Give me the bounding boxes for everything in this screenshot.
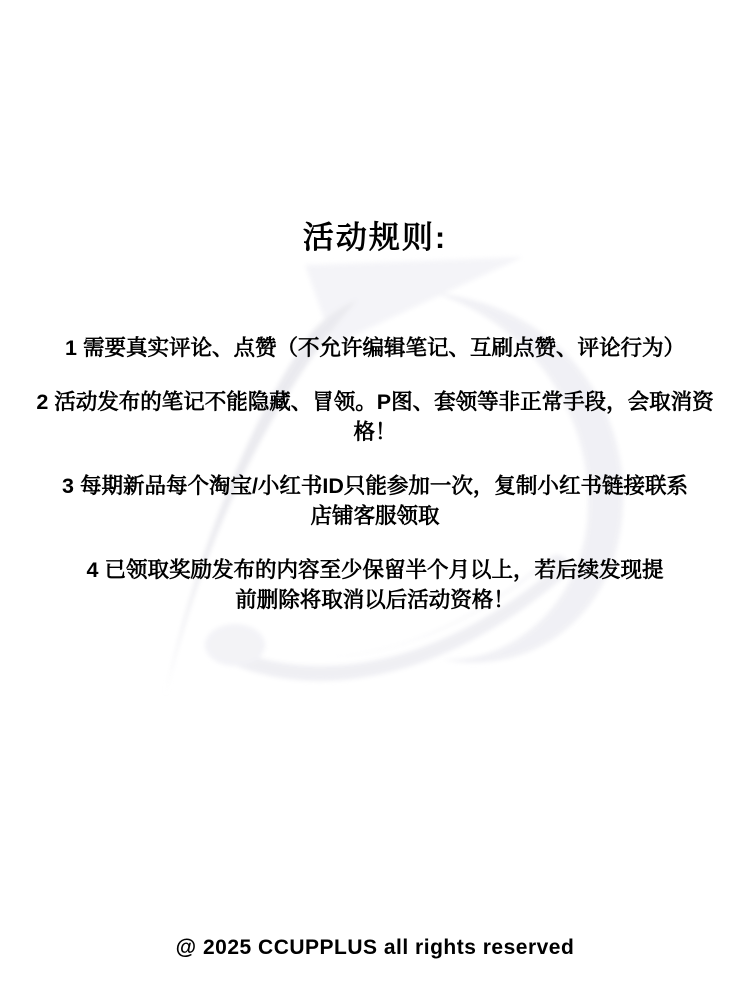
rule-item-3: 3 每期新品每个淘宝/小红书ID只能参加一次，复制小红书链接联系 店铺客服领取 — [0, 471, 750, 531]
rule-text: 1 需要真实评论、点赞（不允许编辑笔记、互刷点赞、评论行为） — [18, 333, 732, 363]
rule-text: 店铺客服领取 — [18, 501, 732, 531]
rule-item-1: 1 需要真实评论、点赞（不允许编辑笔记、互刷点赞、评论行为） — [0, 333, 750, 363]
rule-text: 前删除将取消以后活动资格！ — [18, 585, 732, 615]
rule-text: 2 活动发布的笔记不能隐藏、冒领。P图、套领等非正常手段，会取消资格！ — [18, 387, 732, 447]
rule-text: 3 每期新品每个淘宝/小红书ID只能参加一次，复制小红书链接联系 — [18, 471, 732, 501]
rule-item-4: 4 已领取奖励发布的内容至少保留半个月以上，若后续发现提 前删除将取消以后活动资… — [0, 555, 750, 615]
rules-list: 1 需要真实评论、点赞（不允许编辑笔记、互刷点赞、评论行为） 2 活动发布的笔记… — [0, 333, 750, 639]
rule-item-2: 2 活动发布的笔记不能隐藏、冒领。P图、套领等非正常手段，会取消资格！ — [0, 387, 750, 447]
page-title: 活动规则: — [0, 212, 750, 257]
copyright-notice: @ 2025 CCUPPLUS all rights reserved — [0, 936, 750, 960]
rule-text: 4 已领取奖励发布的内容至少保留半个月以上，若后续发现提 — [18, 555, 732, 585]
